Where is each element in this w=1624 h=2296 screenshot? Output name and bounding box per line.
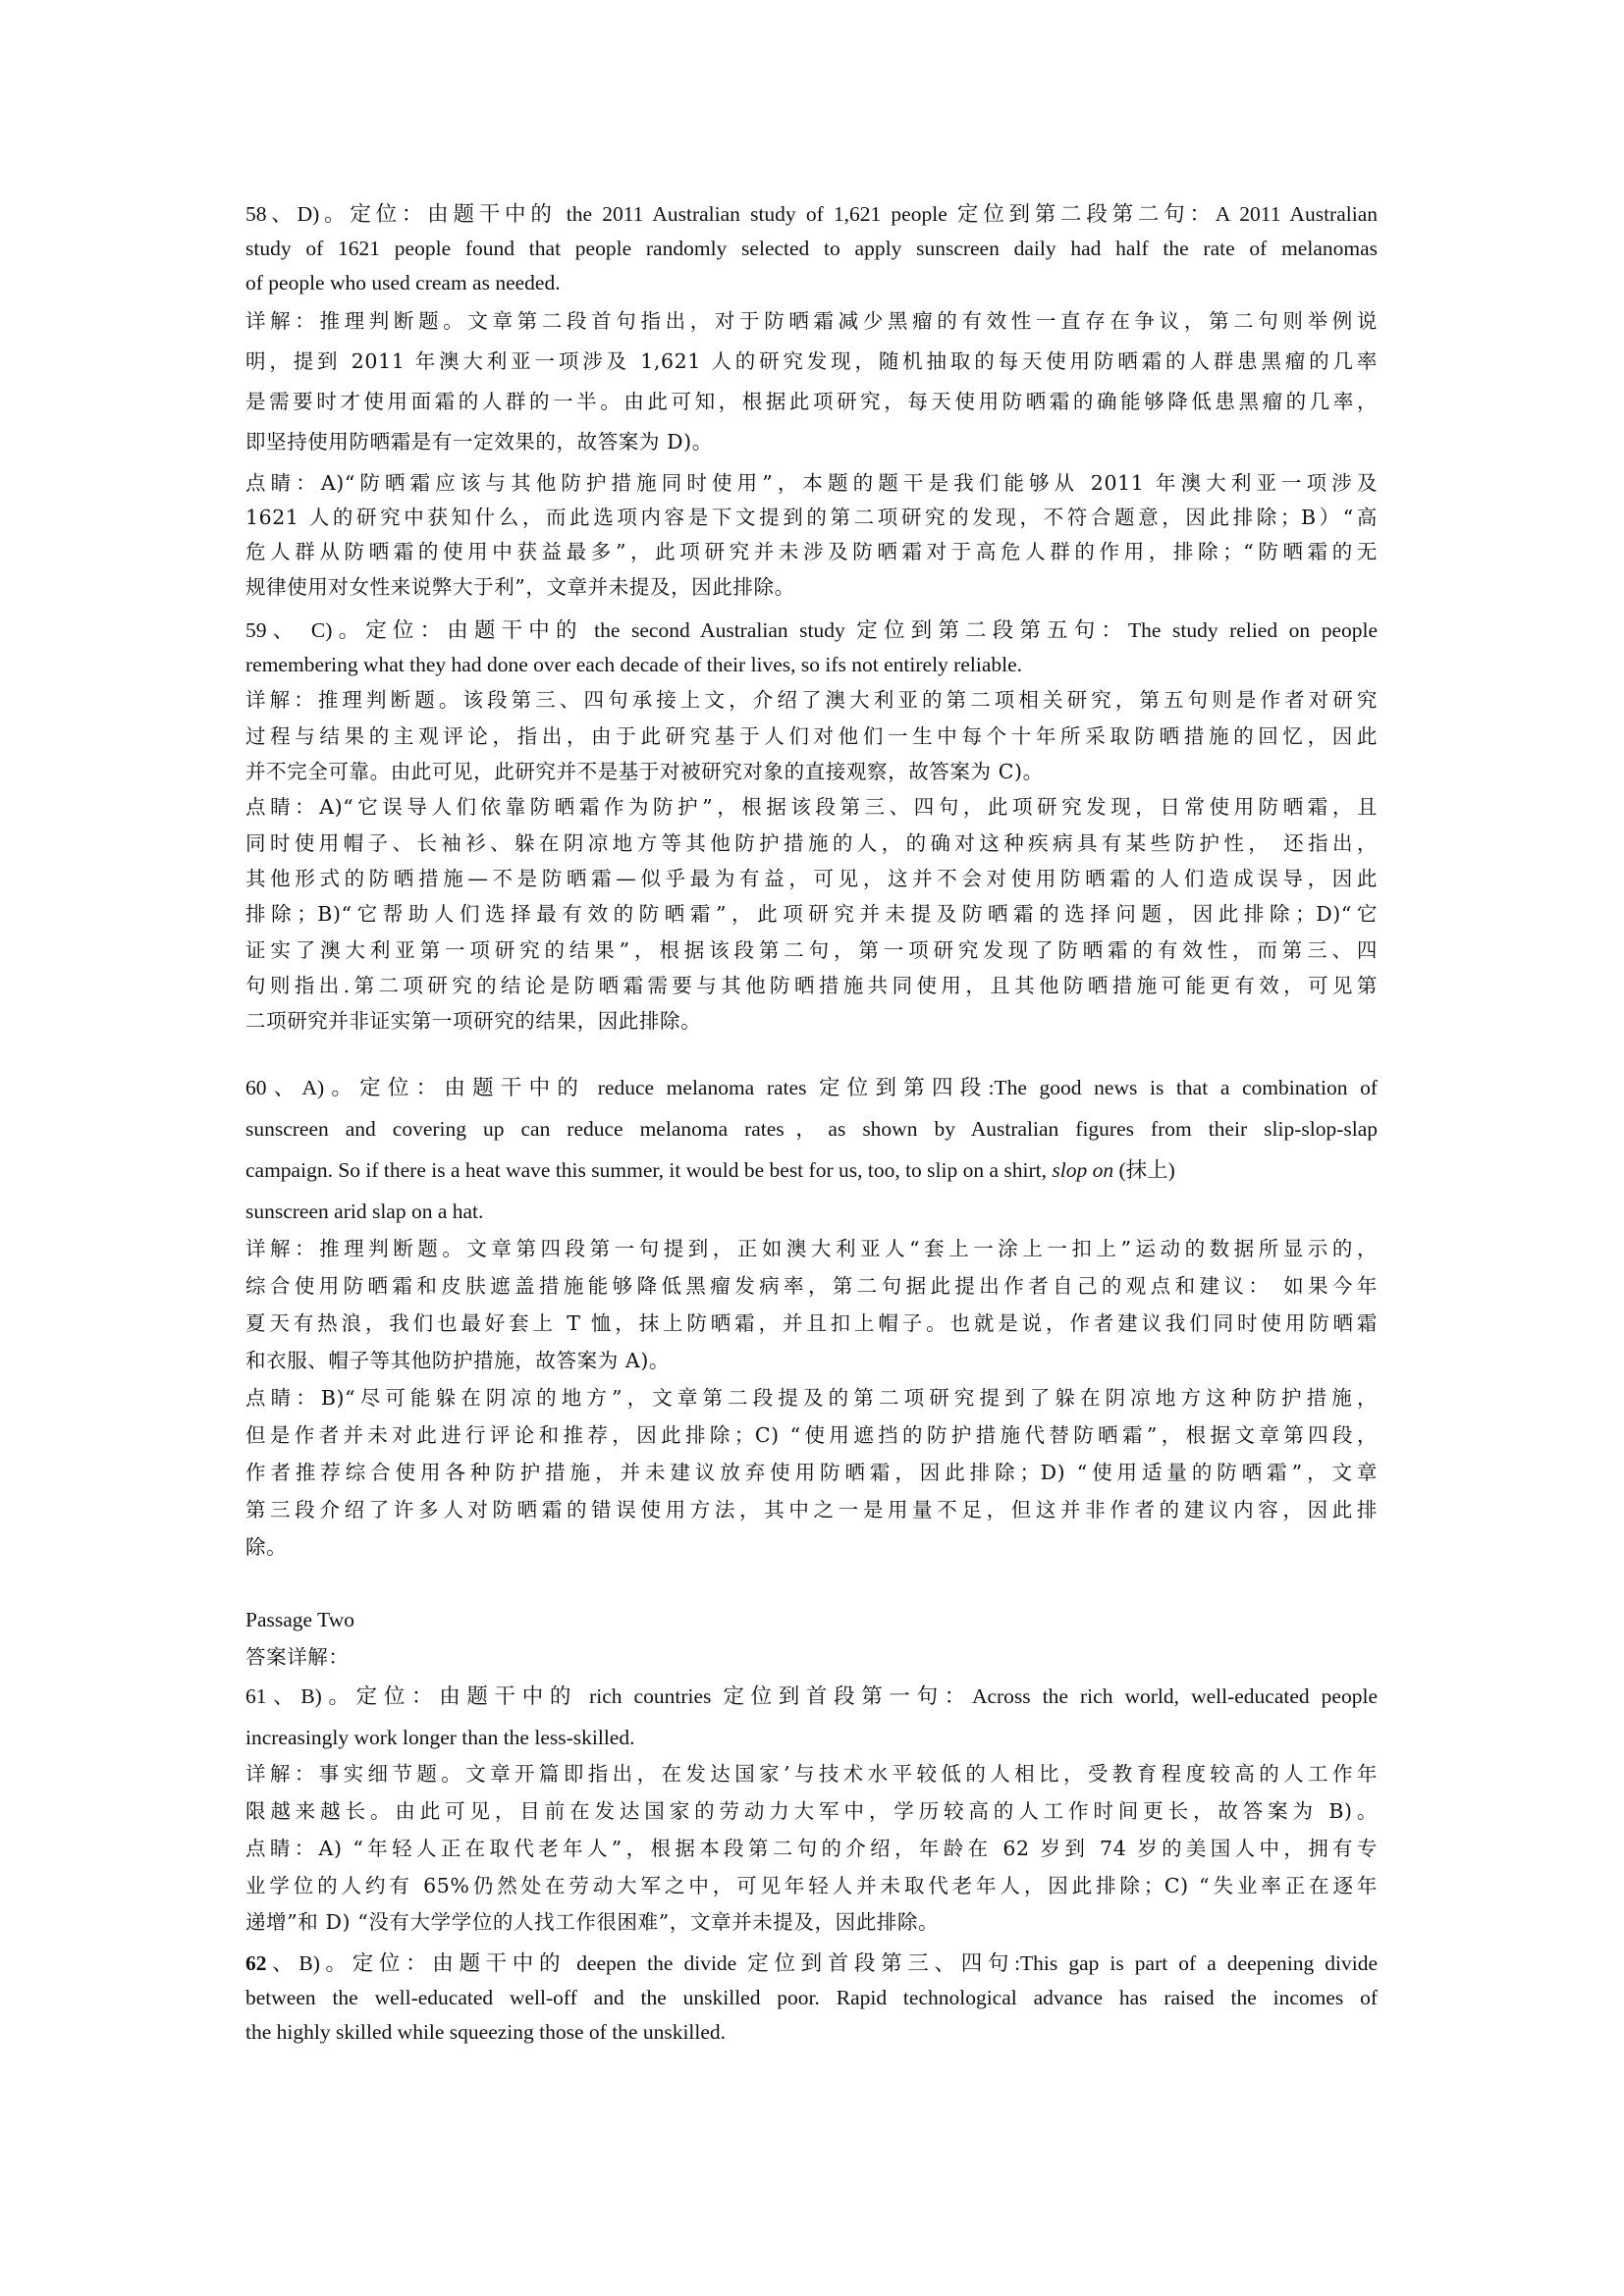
- answer-62-locate-line-1-text: 、B)。定位：由题干中的 deepen the divide 定位到首段第三、四…: [267, 1951, 1379, 1975]
- answer-58-detail-line-3: 是需要时才使用面霜的人群的一半。由此可知，根据此项研究，每天使用防晒霜的确能够降…: [245, 388, 1378, 415]
- translation-note: (抹上): [1113, 1158, 1175, 1182]
- answer-59-locate-line-1: 59、 C)。定位：由题干中的 the second Australian st…: [245, 616, 1378, 644]
- answer-58-locate-line-1: 58、D)。定位：由题干中的 the 2011 Australian study…: [245, 200, 1378, 228]
- answer-59-note-line-5: 证实了澳大利亚第一项研究的结果”，根据该段第二句，第一项研究发现了防晒霜的有效性…: [245, 936, 1378, 964]
- answer-59-note-line-6: 句则指出.第二项研究的结论是防晒霜需要与其他防晒措施共同使用，且其他防晒措施可能…: [245, 972, 1378, 999]
- answer-60-locate-line-3: campaign. So if there is a heat wave thi…: [245, 1156, 1378, 1184]
- answer-58-note-line-1: 点睛：A)“防晒霜应该与其他防护措施同时使用”，本题的题干是我们能够从 2011…: [245, 469, 1378, 497]
- answer-59-note-line-3: 其他形式的防晒措施—不是防晒霜—似乎最为有益，可见，这并不会对使用防晒霜的人们造…: [245, 865, 1378, 892]
- answer-59-note-line-7: 二项研究并非证实第一项研究的结果，因此排除。: [245, 1007, 1378, 1035]
- answer-62-locate-line-1: 62、B)。定位：由题干中的 deepen the divide 定位到首段第三…: [245, 1949, 1378, 1977]
- answer-59-note-line-2: 同时使用帽子、长袖衫、躲在阴凉地方等其他防护措施的人，的确对这种疾病具有某些防护…: [245, 829, 1378, 857]
- answer-58-locate-line-2: study of 1621 people found that people r…: [245, 235, 1378, 262]
- section-heading-passage-two: Passage Two: [245, 1606, 1378, 1633]
- answer-59-note-line-4: 排除；B)“它帮助人们选择最有效的防晒霜”，此项研究并未提及防晒霜的选择问题，因…: [245, 900, 1378, 928]
- answer-60-detail-line-4: 和衣服、帽子等其他防护措施，故答案为 A)。: [245, 1347, 1378, 1374]
- answer-58-note-line-4: 规律使用对女性来说弊大于利”，文章并未提及，因此排除。: [245, 573, 1378, 601]
- answer-58-detail-line-4: 即坚持使用防晒霜是有一定效果的，故答案为 D)。: [245, 428, 1378, 455]
- answer-61-note-line-2: 业学位的人约有 65%仍然处在劳动大军之中，可见年轻人并未取代老年人，因此排除；…: [245, 1872, 1378, 1899]
- answer-60-locate-line-4: sunscreen arid slap on a hat.: [245, 1198, 1378, 1225]
- answer-59-locate-line-2: remembering what they had done over each…: [245, 651, 1378, 678]
- answer-58-detail-line-1: 详解：推理判断题。文章第二段首句指出，对于防晒霜减少黑瘤的有效性一直存在争议，第…: [245, 307, 1378, 335]
- answer-58-detail-line-2: 明，提到 2011 年澳大利亚一项涉及 1,621 人的研究发现，随机抽取的每天…: [245, 347, 1378, 375]
- answer-60-locate-line-2: sunscreen and covering up can reduce mel…: [245, 1115, 1378, 1143]
- answer-61-locate-line-2: increasingly work longer than the less-s…: [245, 1724, 1378, 1751]
- answer-62-locate-line-3: the highly skilled while squeezing those…: [245, 2018, 1378, 2046]
- answer-60-detail-line-2: 综合使用防晒霜和皮肤遮盖措施能够降低黑瘤发病率，第二句据此提出作者自己的观点和建…: [245, 1272, 1378, 1300]
- answer-59-detail-line-3: 并不完全可靠。由此可见，此研究并不是基于对被研究对象的直接观察，故答案为 C)。: [245, 758, 1378, 785]
- answer-60-detail-line-1: 详解：推理判断题。文章第四段第一句提到，正如澳大利亚人“套上一涂上一扣上”运动的…: [245, 1235, 1378, 1262]
- answer-60-note-line-3: 作者推荐综合使用各种防护措施，并未建议放弃使用防晒霜，因此排除；D) “使用适量…: [245, 1459, 1378, 1486]
- answer-59-detail-line-1: 详解：推理判断题。该段第三、四句承接上文，介绍了澳大利亚的第二项相关研究，第五句…: [245, 686, 1378, 714]
- answer-61-detail-line-1: 详解：事实细节题。文章开篇即指出，在发达国家’与技术水平较低的人相比，受教育程度…: [245, 1760, 1378, 1788]
- answer-61-detail-line-2: 限越来越长。由此可见，目前在发达国家的劳动力大军中，学历较高的人工作时间更长，故…: [245, 1797, 1378, 1825]
- answer-59-detail-line-2: 过程与结果的主观评论，指出，由于此研究基于人们对他们一生中每个十年所采取防晒措施…: [245, 722, 1378, 750]
- answer-60-locate-line-3-text: campaign. So if there is a heat wave thi…: [245, 1158, 1047, 1182]
- answer-62-locate-line-2: between the well-educated well-off and t…: [245, 1984, 1378, 2011]
- answer-60-note-line-1: 点睛：B)“尽可能躲在阴凉的地方”，文章第二段提及的第二项研究提到了躲在阴凉地方…: [245, 1384, 1378, 1412]
- answer-60-locate-line-1: 60、A)。定位：由题干中的 reduce melanoma rates 定位到…: [245, 1074, 1378, 1101]
- answer-58-locate-line-3: of people who used cream as needed.: [245, 269, 1378, 296]
- question-number-bold: 62: [245, 1951, 267, 1975]
- answer-61-note-line-3: 递增”和 D) “没有大学学位的人找工作很困难”，文章并未提及，因此排除。: [245, 1908, 1378, 1936]
- answer-60-note-line-4: 第三段介绍了许多人对防晒霜的错误使用方法，其中之一是用量不足，但这并非作者的建议…: [245, 1496, 1378, 1523]
- answer-61-locate-line-1: 61、B)。定位：由题干中的 rich countries 定位到首段第一句：A…: [245, 1682, 1378, 1710]
- answer-58-note-line-2: 1621 人的研究中获知什么，而此选项内容是下文提到的第二项研究的发现，不符合题…: [245, 504, 1378, 531]
- italic-phrase: slop on: [1052, 1158, 1113, 1182]
- answer-58-note-line-3: 危人群从防晒霜的使用中获益最多”，此项研究并未涉及防晒霜对于高危人群的作用，排除…: [245, 538, 1378, 565]
- answer-61-note-line-1: 点睛：A) “年轻人正在取代老年人”，根据本段第二句的介绍，年龄在 62 岁到 …: [245, 1835, 1378, 1862]
- answer-60-note-line-5: 除。: [245, 1533, 1378, 1561]
- answer-59-note-line-1: 点睛：A)“它误导人们依靠防晒霜作为防护”，根据该段第三、四句，此项研究发现，日…: [245, 793, 1378, 821]
- document-page: 58、D)。定位：由题干中的 the 2011 Australian study…: [0, 0, 1624, 2296]
- section-subheading-answer-details: 答案详解：: [245, 1643, 1378, 1671]
- answer-60-detail-line-3: 夏天有热浪，我们也最好套上 T 恤，抹上防晒霜，并且扣上帽子。也就是说，作者建议…: [245, 1309, 1378, 1337]
- answer-60-note-line-2: 但是作者并未对此进行评论和推荐，因此排除；C) “使用遮挡的防护措施代替防晒霜”…: [245, 1421, 1378, 1449]
